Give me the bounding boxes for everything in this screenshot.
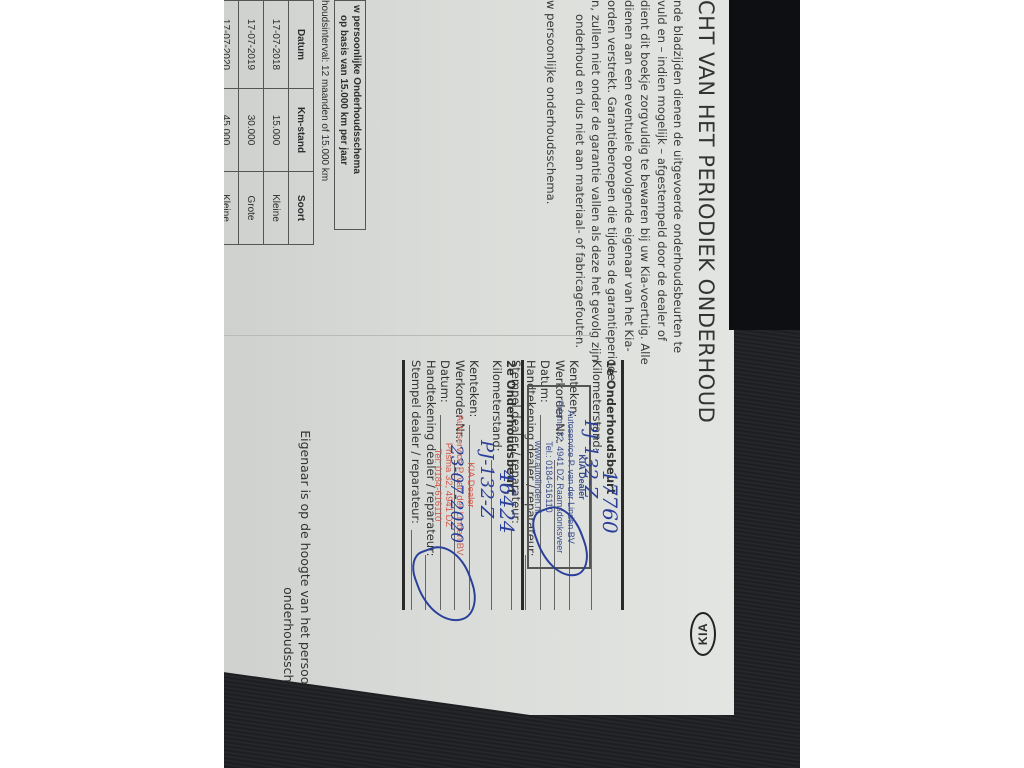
handwritten-km-2: 46424 bbox=[495, 470, 519, 534]
handwritten-plate-2: PJ-132-Z bbox=[476, 440, 497, 518]
stamp-line: KIA Dealer bbox=[465, 400, 476, 570]
stamp-line: Tel: 0184-616110 bbox=[432, 400, 443, 570]
section-divider bbox=[521, 360, 524, 610]
cell-date: 17-07-2018 bbox=[264, 1, 289, 89]
schedule-table: Datum Km-stand Soort 17-07-2018 15.000 K… bbox=[224, 0, 314, 245]
cell-date: 17-07-2020 bbox=[224, 1, 239, 89]
intro-line: nde bladzijden dienen de uitgevoerde ond… bbox=[670, 0, 686, 340]
schedule-heading-line: w persoonlijke Onderhoudsschema bbox=[350, 5, 363, 225]
table-row: 17-07-2020 45.000 Kleine bbox=[224, 1, 239, 245]
cell-date: 17-07-2019 bbox=[239, 1, 264, 89]
table-header-row: Datum Km-stand Soort bbox=[289, 1, 314, 245]
cell-km: 30.000 bbox=[239, 89, 264, 172]
owner-note-line: Eigenaar is op de hoogte van het persoon… bbox=[297, 430, 314, 710]
intro-line: dienen aan een eventuele opvolgende eige… bbox=[620, 0, 636, 340]
schedule-heading: w persoonlijke Onderhoudsschema op basis… bbox=[334, 0, 366, 230]
field-label: Kilometerstand: bbox=[490, 360, 504, 452]
intro-line: orden verstrekt. Garantieberoepen die ti… bbox=[604, 0, 620, 340]
cell-type: Kleine bbox=[224, 172, 239, 245]
column-header: Km-stand bbox=[289, 89, 314, 172]
intro-line: dient dit boekje zorgvuldig te bewaren b… bbox=[637, 0, 653, 340]
handwritten-plate-1: PJ-132-Z bbox=[580, 420, 601, 498]
cell-type: Grote bbox=[239, 172, 264, 245]
table-row: 17-07-2018 15.000 Kleine bbox=[264, 1, 289, 245]
schedule-interval: houdsinterval: 12 maanden of 15.000 km bbox=[319, 0, 330, 181]
intro-line: vuld en – indien mogelijk – afgestempeld… bbox=[653, 0, 669, 340]
handwritten-km-1: 17760 bbox=[598, 470, 622, 534]
kia-logo: KIA bbox=[690, 612, 716, 656]
field-label: Stempel dealer / reparateur: bbox=[410, 360, 424, 524]
field-label: Datum: bbox=[439, 360, 453, 403]
handwritten-date-2: 23-07-2020 bbox=[446, 445, 466, 543]
section-divider bbox=[402, 360, 405, 610]
column-header: Datum bbox=[289, 1, 314, 89]
page-title: CHT VAN HET PERIODIEK ONDERHOUD bbox=[694, 0, 718, 423]
page-content: CHT VAN HET PERIODIEK ONDERHOUD nde blad… bbox=[224, 0, 734, 768]
table-row: 17-07-2019 30.000 Grote bbox=[239, 1, 264, 245]
schedule-heading-line: op basis van 15.000 km per jaar bbox=[337, 5, 350, 225]
cell-km: 15.000 bbox=[264, 89, 289, 172]
cell-type: Kleine bbox=[264, 172, 289, 245]
column-header: Soort bbox=[289, 172, 314, 245]
owner-note-line: onderhoudsschema bbox=[280, 430, 297, 710]
photo: CHT VAN HET PERIODIEK ONDERHOUD nde blad… bbox=[224, 0, 800, 768]
maintenance-booklet-page: CHT VAN HET PERIODIEK ONDERHOUD nde blad… bbox=[224, 0, 734, 715]
owner-note: Eigenaar is op de hoogte van het persoon… bbox=[280, 430, 314, 710]
cell-km: 45.000 bbox=[224, 89, 239, 172]
